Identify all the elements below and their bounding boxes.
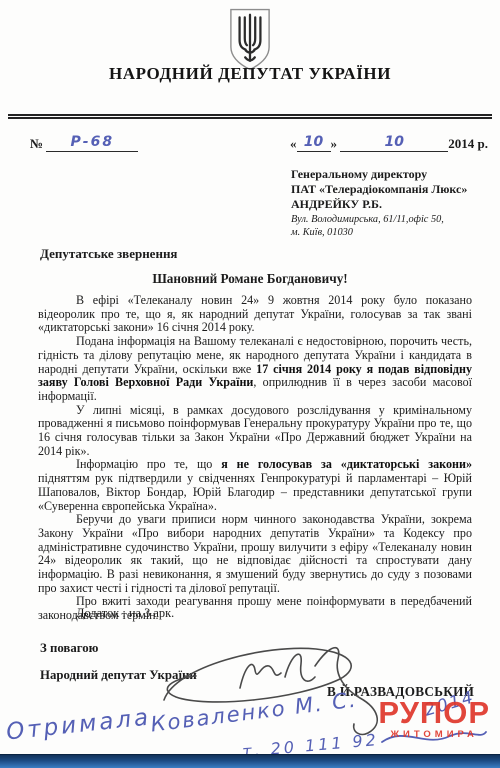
handwritten-day: 10 <box>304 134 323 150</box>
paragraph-1-text: В ефірі «Телеканалу новин 24» 9 жовтня 2… <box>38 293 472 334</box>
paragraph-4-text-end: підняттям рук підтвердили у свідченнях Г… <box>38 471 472 512</box>
addressee-position: Генеральному директору <box>291 167 467 182</box>
attachment-note: Додаток : на 3 арк. <box>76 606 174 621</box>
addressee-street: Вул. Володимирська, 61/11,офіс 50, <box>291 214 467 227</box>
paragraph-4-bold-claim: я не голосував за «диктаторські закони» <box>221 457 472 471</box>
addressee-block: Генеральному директору ПАТ «Телерадіоком… <box>291 167 467 239</box>
letterhead-divider <box>8 114 492 119</box>
number-blank-field: Р-68 <box>46 134 138 152</box>
paragraph-3: У липні місяці, в рамках досудового розс… <box>38 404 472 459</box>
paragraph-5: Беручи до уваги приписи норм чинного зак… <box>38 513 472 595</box>
handwritten-number: Р-68 <box>71 134 115 150</box>
handwritten-receiver-name: Коваленко М. С. <box>149 687 358 736</box>
quote-close: » <box>331 136 338 151</box>
letter-body: В ефірі «Телеканалу новин 24» 9 жовтня 2… <box>38 294 472 623</box>
document-type-label: Депутатське звернення <box>40 246 177 262</box>
paragraph-1: В ефірі «Телеканалу новин 24» 9 жовтня 2… <box>38 294 472 335</box>
paragraph-4: Інформацію про те, що я не голосував за … <box>38 458 472 513</box>
paragraph-2: Подана інформація на Вашому телеканалі є… <box>38 335 472 404</box>
paragraph-4-text: Інформацію про те, що <box>76 457 221 471</box>
day-blank-field: 10 <box>297 134 331 152</box>
addressee-name: АНДРЕЙКУ Р.Б. <box>291 197 467 212</box>
handwritten-month: 10 <box>385 134 404 150</box>
addressee-city: м. Київ, 01030 <box>291 227 467 240</box>
reference-number: № Р-68 <box>30 134 138 152</box>
salutation: Шановний Романе Богдановичу! <box>0 271 500 287</box>
paragraph-5-text: Беручи до уваги приписи норм чинного зак… <box>38 512 472 595</box>
number-label: № <box>30 136 43 151</box>
year-suffix: 2014 р. <box>448 136 488 151</box>
site-watermark-logo: РУПОР ЖИТОМИРА <box>378 698 490 740</box>
watermark-subtitle: ЖИТОМИРА <box>378 729 490 740</box>
signer-title: Народний депутат України <box>40 668 197 683</box>
letterhead-title: НАРОДНИЙ ДЕПУТАТ УКРАЇНИ <box>0 64 500 84</box>
watermark-title: РУПОР <box>378 698 490 728</box>
date-field: «10» 102014 р. <box>290 134 488 152</box>
paragraph-3-text: У липні місяці, в рамках досудового розс… <box>38 403 472 458</box>
scanned-letter-page: НАРОДНИЙ ДЕПУТАТ УКРАЇНИ № Р-68 «10» 102… <box>0 0 500 768</box>
handwritten-received-word: Отримала <box>5 704 152 745</box>
bottom-gradient-bar <box>0 754 500 768</box>
closing-phrase: З повагою <box>40 641 98 656</box>
addressee-company: ПАТ «Телерадіокомпанія Люкс» <box>291 182 467 197</box>
month-blank-field: 10 <box>340 134 448 152</box>
